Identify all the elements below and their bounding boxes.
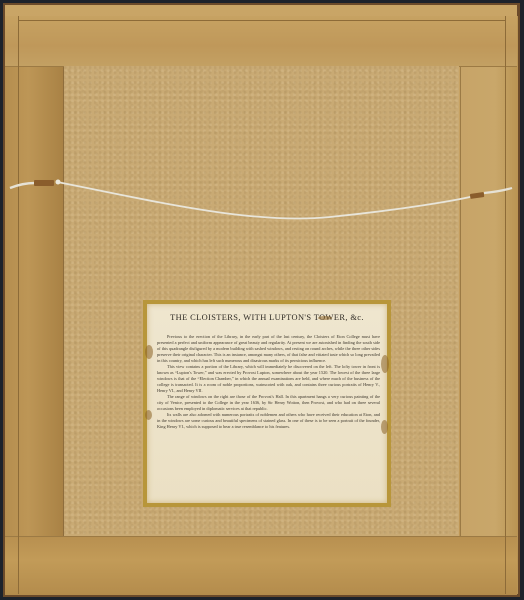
- tape-right: [460, 16, 518, 594]
- label-paragraph: This view contains a portion of the Libr…: [157, 364, 380, 394]
- glue-stain: [381, 420, 388, 434]
- label-title: THE CLOISTERS, WITH LUPTON'S TOWER, &c.: [147, 313, 387, 322]
- glue-stain: [145, 345, 153, 359]
- tape-edge-line: [18, 20, 506, 21]
- tape-bottom: [5, 536, 517, 595]
- glue-stain: [145, 410, 152, 420]
- frame: THE CLOISTERS, WITH LUPTON'S TOWER, &c. …: [0, 0, 524, 600]
- print-label: THE CLOISTERS, WITH LUPTON'S TOWER, &c. …: [143, 300, 391, 507]
- tape-top: [5, 16, 517, 67]
- glue-stain: [318, 316, 332, 320]
- label-body: Previous to the erection of the Library,…: [157, 334, 380, 430]
- label-paragraph: The range of windows on the right are th…: [157, 394, 380, 412]
- tape-edge-line: [18, 16, 19, 594]
- tape-left: [5, 16, 64, 594]
- label-paper: THE CLOISTERS, WITH LUPTON'S TOWER, &c. …: [147, 304, 387, 503]
- label-paragraph: Its walls are also adorned with numerous…: [157, 412, 380, 430]
- tape-edge-line: [505, 16, 506, 594]
- glue-stain: [381, 355, 389, 373]
- label-paragraph: Previous to the erection of the Library,…: [157, 334, 380, 364]
